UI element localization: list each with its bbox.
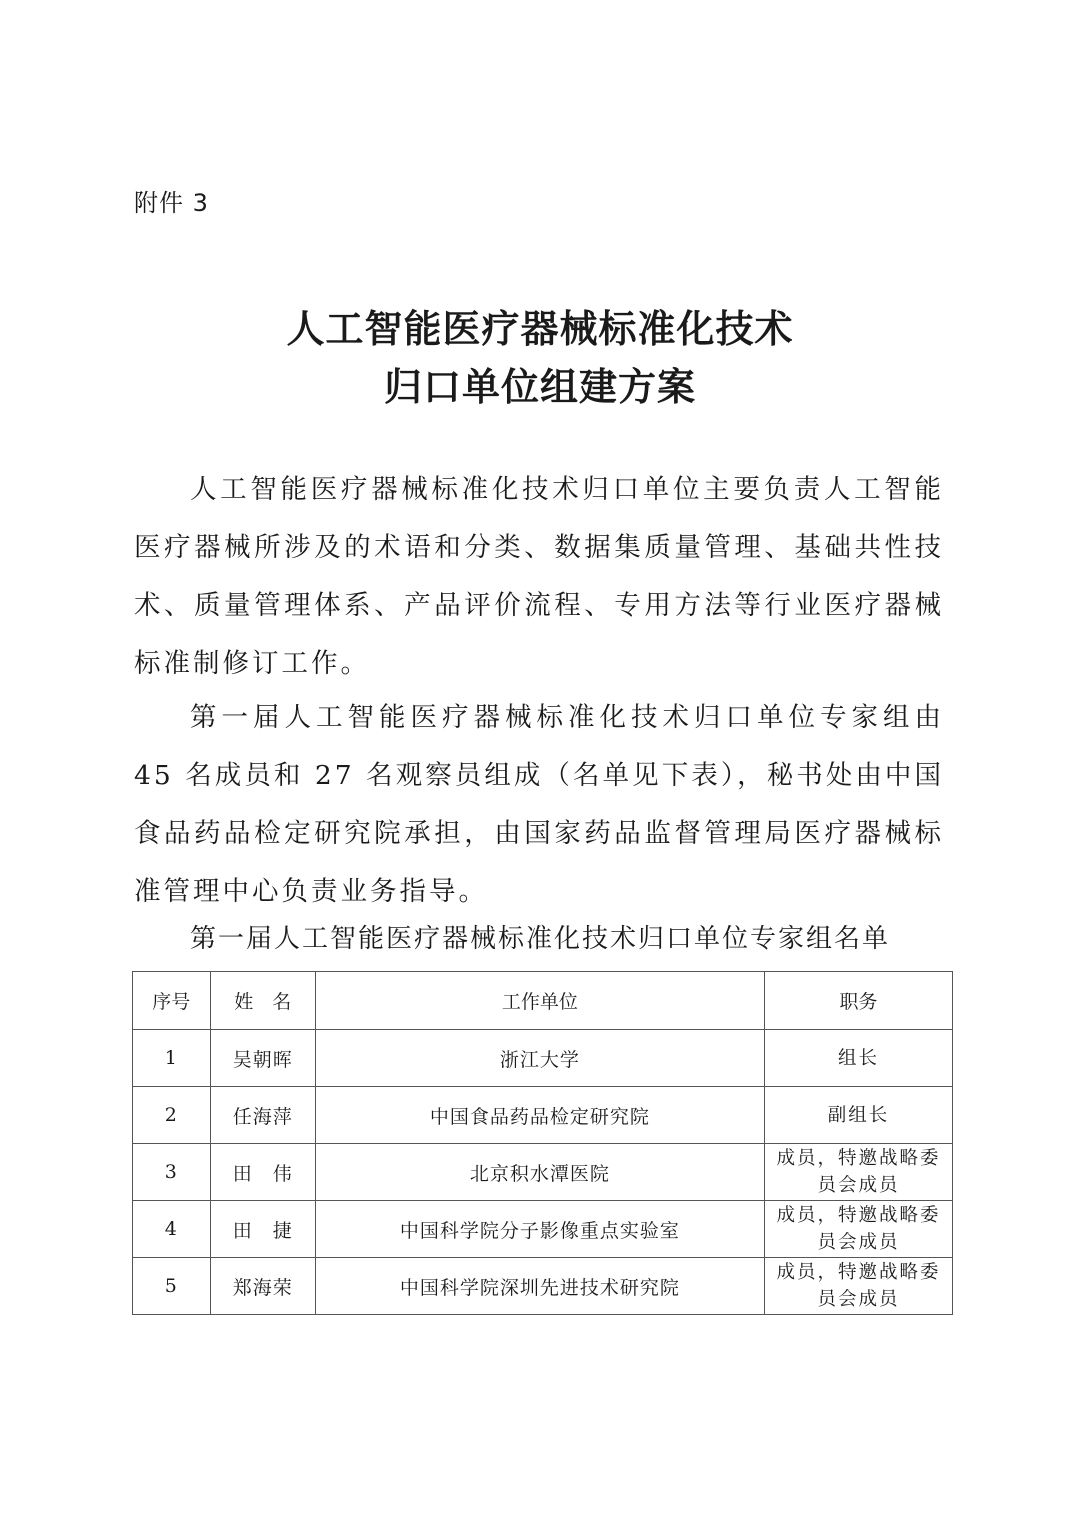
table-row: 5 郑海荣 中国科学院深圳先进技术研究院 成员，特邀战略委员会成员 — [133, 1258, 953, 1315]
cell-name: 田 伟 — [210, 1144, 315, 1201]
cell-role: 组长 — [764, 1030, 952, 1087]
cell-name: 郑海荣 — [210, 1258, 315, 1315]
cell-no: 2 — [133, 1087, 211, 1144]
cell-org: 中国食品药品检定研究院 — [315, 1087, 764, 1144]
expert-group-table: 序号 姓 名 工作单位 职务 1 吴朝晖 浙江大学 组长 2 任海萍 中国食品药… — [132, 971, 953, 1315]
cell-role: 成员，特邀战略委员会成员 — [764, 1144, 952, 1201]
header-name: 姓 名 — [210, 972, 315, 1030]
header-role: 职务 — [764, 972, 952, 1030]
document-title-line-1: 人工智能医疗器械标准化技术 — [0, 298, 1080, 353]
table-header-row: 序号 姓 名 工作单位 职务 — [133, 972, 953, 1030]
cell-no: 1 — [133, 1030, 211, 1087]
cell-no: 3 — [133, 1144, 211, 1201]
table-row: 4 田 捷 中国科学院分子影像重点实验室 成员，特邀战略委员会成员 — [133, 1201, 953, 1258]
cell-name: 任海萍 — [210, 1087, 315, 1144]
table-row: 3 田 伟 北京积水潭医院 成员，特邀战略委员会成员 — [133, 1144, 953, 1201]
cell-org: 北京积水潭医院 — [315, 1144, 764, 1201]
table-caption: 第一届人工智能医疗器械标准化技术归口单位专家组名单 — [0, 918, 1080, 955]
header-no: 序号 — [133, 972, 211, 1030]
table-row: 2 任海萍 中国食品药品检定研究院 副组长 — [133, 1087, 953, 1144]
cell-role: 成员，特邀战略委员会成员 — [764, 1201, 952, 1258]
header-org: 工作单位 — [315, 972, 764, 1030]
cell-name: 吴朝晖 — [210, 1030, 315, 1087]
body-paragraph-2: 第一届人工智能医疗器械标准化技术归口单位专家组由 45 名成员和 27 名观察员… — [134, 689, 944, 921]
cell-role: 副组长 — [764, 1087, 952, 1144]
cell-org: 浙江大学 — [315, 1030, 764, 1087]
document-title-line-2: 归口单位组建方案 — [0, 356, 1080, 411]
cell-no: 4 — [133, 1201, 211, 1258]
cell-role: 成员，特邀战略委员会成员 — [764, 1258, 952, 1315]
table-row: 1 吴朝晖 浙江大学 组长 — [133, 1030, 953, 1087]
cell-org: 中国科学院深圳先进技术研究院 — [315, 1258, 764, 1315]
attachment-label: 附件 3 — [134, 183, 209, 218]
body-paragraph-1: 人工智能医疗器械标准化技术归口单位主要负责人工智能医疗器械所涉及的术语和分类、数… — [134, 461, 944, 693]
cell-no: 5 — [133, 1258, 211, 1315]
cell-org: 中国科学院分子影像重点实验室 — [315, 1201, 764, 1258]
cell-name: 田 捷 — [210, 1201, 315, 1258]
